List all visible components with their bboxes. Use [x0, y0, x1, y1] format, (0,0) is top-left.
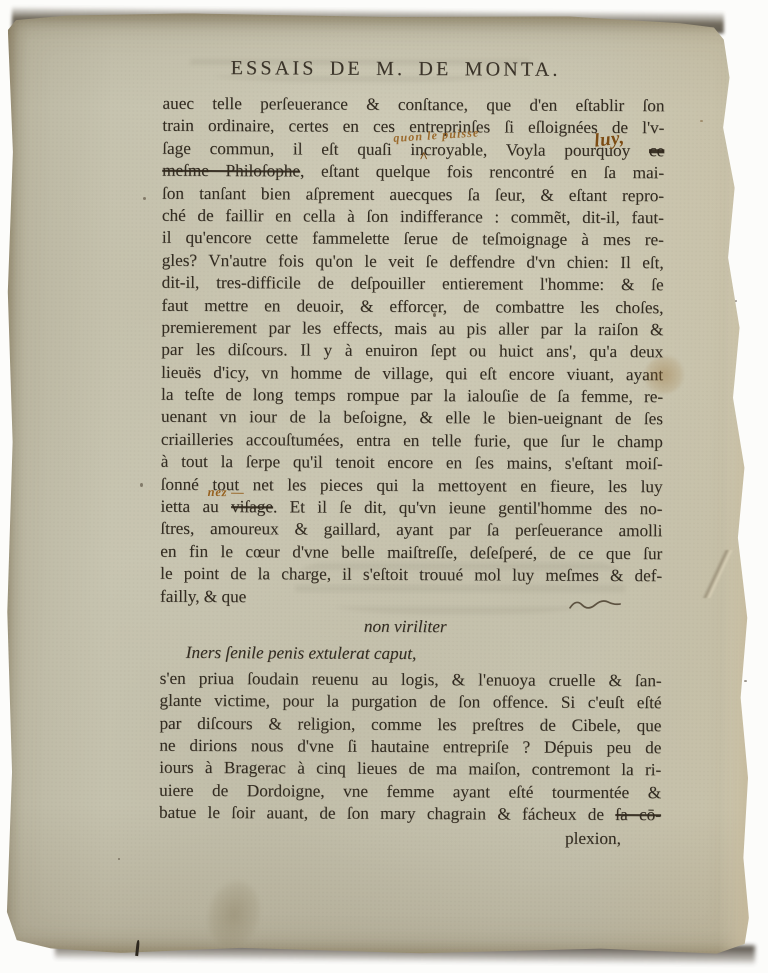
text-line: plexion, [159, 825, 661, 850]
printed-text: auec telle perſeuerance & conſtance, que… [162, 94, 664, 115]
text-line: iours à Bragerac à cinq lieues de ma mai… [159, 757, 661, 782]
text-line: ne dirions nous d'vne ſi hautaine entrep… [159, 735, 661, 760]
text-line: non viriliter [160, 615, 662, 640]
text-line: par les diſcours. Il y à enuiron ſept ou… [161, 339, 663, 364]
text-line: il qu'encore cette fammelette ſerue de t… [162, 227, 664, 252]
printed-text: s'en priua ſoudain reuenu au logis, & l'… [160, 669, 662, 690]
printed-text: le point de la charge, il s'eſtoit trouu… [160, 564, 662, 585]
printed-text: uenant vn iour de la beſoigne, & elle le… [161, 407, 663, 428]
printed-content: ESSAIS DE M. DE MONTA. auec telle perſeu… [0, 0, 768, 973]
text-line: gles? Vn'autre fois qu'on le veit ſe def… [162, 250, 664, 275]
text-line: par diſcours & religion, comme les preſt… [159, 712, 661, 737]
text-line: premierement par les effects, mais au pi… [161, 317, 663, 342]
ink-speck [744, 680, 747, 682]
printed-text: faut mettre en deuoir, & efforcer, de co… [161, 295, 663, 316]
insertion-caret-icon: ^ [419, 150, 428, 167]
printed-text: ſtres, amoureux & gaillard, ayant par ſa… [160, 519, 662, 540]
struck-text: meſme Philoſophe [162, 161, 300, 181]
printed-text: , eſtant quelque fois rencontré en ſa ma… [300, 162, 664, 183]
printed-text: dit-il, tres-difficile de deſpouiller en… [162, 273, 664, 294]
printed-text: Iners ſenile penis extulerat caput, [186, 643, 417, 663]
running-header: ESSAIS DE M. DE MONTA. [231, 57, 561, 82]
printed-text: iours à Bragerac à cinq lieues de ma mai… [159, 758, 661, 779]
scanned-page: ESSAIS DE M. DE MONTA. auec telle perſeu… [0, 0, 768, 973]
text-line: ſtres, amoureux & gaillard, ayant par ſa… [160, 518, 662, 543]
printed-text: il qu'encore cette fammelette ſerue de t… [162, 228, 664, 249]
ink-speck [140, 483, 143, 487]
text-line: uiere de Dordoigne, vne femme ayant eſté… [159, 780, 661, 805]
text-line: uenant vn iour de la beſoigne, & elle le… [161, 406, 663, 431]
text-block: auec telle perſeuerance & conſtance, que… [159, 93, 665, 850]
ink-speck [433, 313, 436, 317]
handwritten-margin-word: luy, [593, 127, 626, 152]
text-line: lieuës d'icy, vn homme de village, qui e… [161, 361, 663, 386]
ink-speck [143, 197, 146, 200]
paper-crease [686, 550, 748, 598]
ink-speck [735, 300, 737, 302]
printed-text: plexion, [565, 828, 621, 847]
text-line: le point de la charge, il s'eſtoit trouu… [160, 563, 662, 588]
printed-text: par diſcours & religion, comme les preſt… [159, 713, 661, 734]
text-line: s'en priua ſoudain reuenu au logis, & l'… [160, 668, 662, 693]
printed-text: premierement par les effects, mais au pi… [161, 318, 663, 339]
text-line: à tout la ſerpe qu'il tenoit encore en ſ… [161, 451, 663, 476]
printed-text: uiere de Dordoigne, vne femme ayant eſté… [159, 781, 661, 802]
ink-speck [700, 120, 703, 122]
printed-text: ne dirions nous d'vne ſi hautaine entrep… [159, 736, 661, 757]
text-line: ſon tanſant bien aſprement auecques ſa ſ… [162, 182, 664, 207]
printed-text: à tout la ſerpe qu'il tenoit encore en ſ… [161, 452, 663, 473]
printed-text: criailleries accouſtumées, entra en tell… [161, 430, 663, 451]
printed-text: batue le ſoir auant, de ſon mary chagrai… [159, 803, 615, 824]
handwritten-correction-nez: nez — [208, 485, 245, 500]
printed-text: failly, & que [160, 586, 246, 605]
printed-text: en fin le cœur d'vne belle maiſtreſſe, d… [160, 542, 662, 563]
printed-text: ſon tanſant bien aſprement auecques ſa ſ… [162, 183, 664, 204]
printed-text: ché de faillir en cella à ſon indifferan… [162, 206, 664, 227]
text-line: auec telle perſeuerance & conſtance, que… [162, 93, 664, 118]
ink-speck [118, 858, 120, 860]
printed-text: la teſte de long temps rompue par la ial… [161, 385, 663, 406]
struck-text: ſa cō- [615, 805, 661, 824]
struck-text: ce [649, 141, 664, 160]
text-line: meſme Philoſophe, eſtant quelque fois re… [162, 160, 664, 185]
text-line: Iners ſenile penis extulerat caput, [160, 642, 662, 667]
printed-text: gles? Vn'autre fois qu'on le veit ſe def… [162, 251, 664, 272]
printed-text: . Et il ſe dit, qu'vn ieune gentil'homme… [273, 497, 663, 518]
text-line: dit-il, tres-difficile de deſpouiller en… [162, 272, 664, 297]
printed-text: lieuës d'icy, vn homme de village, qui e… [161, 362, 663, 383]
text-line: glante victime, pour la purgation de ſon… [160, 690, 662, 715]
text-line: en fin le cœur d'vne belle maiſtreſſe, d… [160, 541, 662, 566]
printed-text: glante victime, pour la purgation de ſon… [160, 691, 662, 712]
text-line: ché de faillir en cella à ſon indifferan… [162, 205, 664, 230]
printed-text: par les diſcours. Il y à enuiron ſept ou… [161, 340, 663, 361]
text-line: criailleries accouſtumées, entra en tell… [161, 429, 663, 454]
text-line: faut mettre en deuoir, & efforcer, de co… [161, 294, 663, 319]
text-line: la teſte de long temps rompue par la ial… [161, 384, 663, 409]
printed-text: non viriliter [364, 617, 447, 636]
text-line: batue le ſoir auant, de ſon mary chagrai… [159, 802, 661, 827]
deletion-squiggle [569, 598, 623, 614]
